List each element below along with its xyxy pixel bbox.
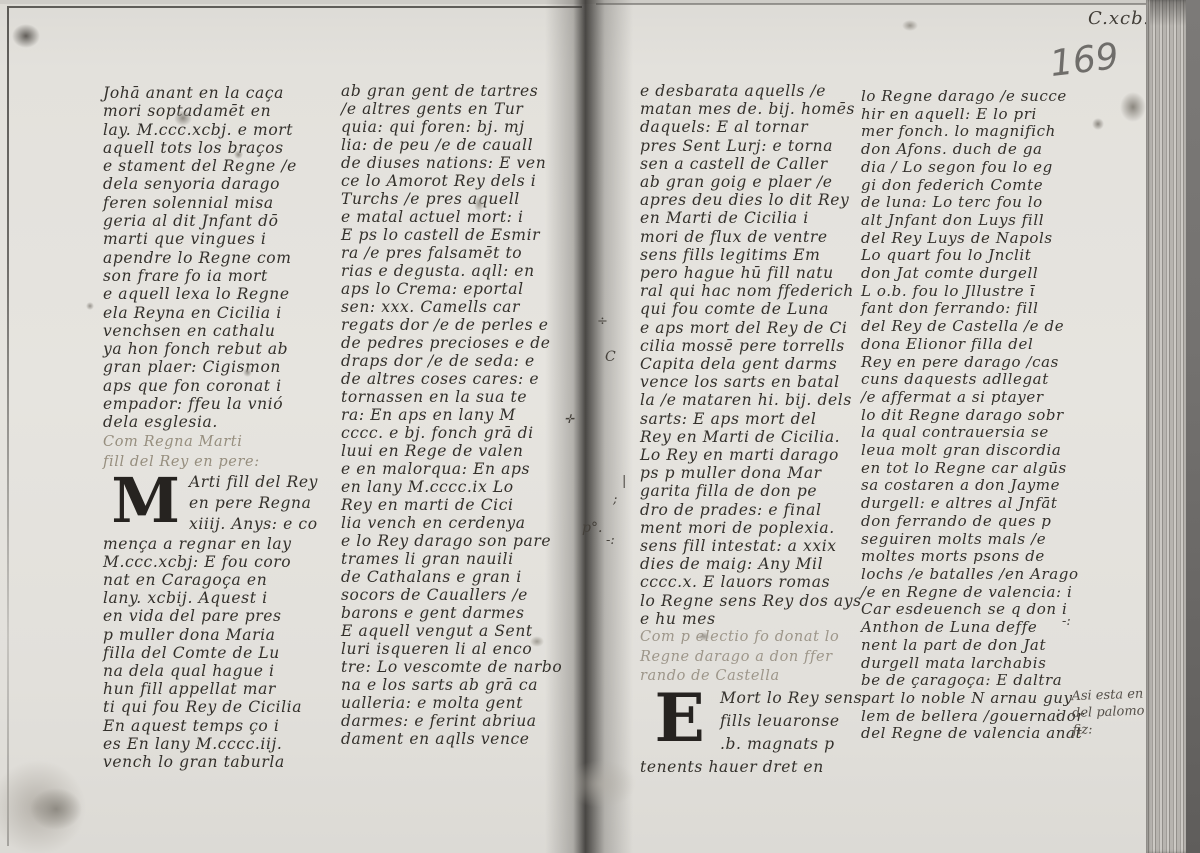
text-line: cuns daquests adllegat: [861, 371, 1109, 389]
illuminated-initial-m: M: [103, 472, 189, 532]
text-line: sa costaren a don Jayme: [861, 477, 1109, 495]
text-line: filla del Comte de Lu: [103, 644, 335, 662]
text-line: feren solennial misa: [103, 194, 335, 212]
text-line: aquell tots los braços: [103, 139, 335, 157]
text-line: dela esglesia.: [103, 413, 335, 431]
column3-top-text: e desbarata aquells /ematan mes de. bij.…: [640, 82, 878, 628]
text-line: de diuses nations: E ven: [341, 154, 569, 172]
text-line: ral qui hac nom ffederich: [640, 282, 878, 300]
text-line: lochs /e batalles /en Arago: [861, 566, 1109, 584]
text-line: tenents hauer dret en: [640, 756, 878, 779]
text-line: mori de flux de ventre: [640, 228, 878, 246]
text-line: mença a regnar en lay: [103, 535, 335, 553]
text-line: ya hon fonch rebut ab: [103, 340, 335, 358]
stain: [0, 760, 86, 853]
text-line: hir en aquell: E lo pri: [861, 106, 1109, 124]
text-line: de Cathalans e gran i: [341, 568, 569, 586]
text-line: dies de maig: Any Mil: [640, 555, 878, 573]
text-line: venchsen en cathalu: [103, 322, 335, 340]
text-line: hun fill appellat mar: [103, 680, 335, 698]
column1-bottom-text: mença a regnar en layM.ccc.xcbj: E fou c…: [103, 535, 335, 772]
text-line: ti qui fou Rey de Cicilia: [103, 698, 335, 716]
text-line: Turchs /e pres aquell: [341, 190, 569, 208]
text-line: Rey en pere darago /cas: [861, 354, 1109, 372]
text-line: del Rey Luys de Napols: [861, 230, 1109, 248]
margin-paragraph-mark: C: [605, 349, 616, 365]
text-line: e hu mes: [640, 610, 878, 628]
text-line: ra: En aps en lany M: [341, 406, 569, 424]
margin-dots-mark: -:: [606, 533, 615, 548]
text-line: aps que fon coronat i: [103, 377, 335, 395]
left-page-column-2: ab gran gent de tartres/e altres gents e…: [341, 82, 569, 748]
text-line: /e affermat a si ptayer: [861, 389, 1109, 407]
text-line: trames li gran nauili: [341, 550, 569, 568]
text-line: ps p muller dona Mar: [640, 464, 878, 482]
margin-bar-mark: |: [622, 474, 626, 489]
text-line: socors de Cauallers /e: [341, 586, 569, 604]
text-line: la qual contrauersia se: [861, 424, 1109, 442]
text-line: mori soptadamēt en: [103, 102, 335, 120]
right-page-column-3: e desbarata aquells /ematan mes de. bij.…: [640, 82, 878, 779]
text-line: ra /e pres falsamēt to: [341, 244, 569, 262]
text-line: fant don ferrando: fill: [861, 300, 1109, 318]
text-line: luui en Rege de valen: [341, 442, 569, 460]
text-line: es En lany M.cccc.iij.: [103, 735, 335, 753]
text-line: e desbarata aquells /e: [640, 82, 878, 100]
text-line: quia: qui foren: bj. mj: [341, 118, 569, 136]
text-line: E ps lo castell de Esmir: [341, 226, 569, 244]
text-line: dia / Lo segon fou lo eg: [861, 159, 1109, 177]
column2-text: ab gran gent de tartres/e altres gents e…: [341, 82, 569, 748]
text-line: geria al dit Jnfant dō: [103, 212, 335, 230]
left-page-edge-line: [7, 6, 9, 846]
ink-stain: [12, 24, 40, 48]
text-line: mer fonch. lo magnifich: [861, 123, 1109, 141]
column3-initial-block: E Mort lo Rey sensfills leuaronse.b. mag…: [640, 687, 878, 779]
text-line: Anthon de Luna deffe: [861, 619, 1109, 637]
text-line: lo Regne darago /e succe: [861, 88, 1109, 106]
text-line: cccc.x. E lauors romas: [640, 573, 878, 591]
text-line: lay. M.ccc.xcbj. e mort: [103, 121, 335, 139]
text-line: barons e gent darmes: [341, 604, 569, 622]
text-line: nat en Caragoça en: [103, 571, 335, 589]
text-line: ela Reyna en Cicilia i: [103, 304, 335, 322]
text-line: M.ccc.xcbj: E fou coro: [103, 553, 335, 571]
text-line: aps lo Crema: eportal: [341, 280, 569, 298]
column3-bottom-text: tenents hauer dret en: [640, 756, 878, 779]
text-line: de altres coses cares: e: [341, 370, 569, 388]
page-number-pencil: 169: [1048, 36, 1121, 85]
text-line: Lo Rey en marti darago: [640, 446, 878, 464]
text-line: ab gran goig e plaer /e: [640, 173, 878, 191]
text-line: don Afons. duch de ga: [861, 141, 1109, 159]
text-line: en tot lo Regne car algūs: [861, 460, 1109, 478]
text-line: dro de prades: e final: [640, 501, 878, 519]
photo-background: Johā anant en la caçamori soptadamēt enl…: [0, 0, 1200, 853]
text-line: ualleria: e molta gent: [341, 694, 569, 712]
text-line: tre: Lo vescomte de narbo: [341, 658, 569, 676]
text-line: vench lo gran taburla: [103, 753, 335, 771]
text-line: Car esdeuench se q don i: [861, 601, 1109, 619]
illuminated-initial-e: E: [640, 687, 720, 753]
text-line: na dela qual hague i: [103, 662, 335, 680]
text-line: luri isqueren li al enco: [341, 640, 569, 658]
text-line: en Marti de Cicilia i: [640, 209, 878, 227]
text-line: Com Regna Marti: [103, 432, 335, 452]
folio-roman-numeral: C.xcb:: [1088, 8, 1151, 29]
chapter-rubric: Com Regna Martifill del Rey en pere:: [103, 432, 335, 472]
text-line: seguiren molts mals /e: [861, 531, 1109, 549]
text-line: apendre lo Regne com: [103, 249, 335, 267]
text-line: pres Sent Lurj: e torna: [640, 137, 878, 155]
text-line: E aquell vengut a Sent: [341, 622, 569, 640]
text-line: matan mes de. bij. homēs: [640, 100, 878, 118]
text-line: lia: de peu /e de cauall: [341, 136, 569, 154]
text-line: Lo quart fou lo Jnclit: [861, 247, 1109, 265]
text-line: ab gran gent de tartres: [341, 82, 569, 100]
text-line: marti que vingues i: [103, 230, 335, 248]
text-line: lia vench en cerdenya: [341, 514, 569, 532]
text-line: en lany M.cccc.ix Lo: [341, 478, 569, 496]
left-page-column-1: Johā anant en la caçamori soptadamēt enl…: [103, 84, 335, 771]
text-line: gran plaer: Cigismon: [103, 358, 335, 376]
text-line: son frare fo ia mort: [103, 267, 335, 285]
text-line: sen a castell de Caller: [640, 155, 878, 173]
text-line: qui fou comte de Luna: [640, 300, 878, 318]
stain: [86, 302, 94, 310]
text-line: lo dit Regne darago sobr: [861, 407, 1109, 425]
text-line: e aps mort del Rey de Ci: [640, 319, 878, 337]
text-line: /e altres gents en Tur: [341, 100, 569, 118]
column1-initial-block: M Arti fill del Reyen pere Regnaxiiij. A…: [103, 472, 335, 772]
text-line: dela senyoria darago: [103, 175, 335, 193]
page-edge-stack: [1146, 0, 1186, 853]
margin-squiggle-mark: ;: [1056, 704, 1060, 719]
text-line: En aquest temps ço i: [103, 717, 335, 735]
text-line: cccc. e bj. fonch grā di: [341, 424, 569, 442]
text-line: garita filla de don pe: [640, 482, 878, 500]
text-line: sens fill intestat: a xxix: [640, 537, 878, 555]
text-line: e en malorqua: En aps: [341, 460, 569, 478]
text-line: leua molt gran discordia: [861, 442, 1109, 460]
text-line: lo Regne sens Rey dos ays: [640, 592, 878, 610]
text-line: draps dor /e de seda: e: [341, 352, 569, 370]
margin-colon-mark: -:: [1062, 614, 1071, 629]
text-line: gi don federich Comte: [861, 177, 1109, 195]
text-line: alt Jnfant don Luys fill: [861, 212, 1109, 230]
left-page-top-border: [7, 6, 582, 8]
stain: [902, 20, 918, 31]
text-line: don Jat comte durgell: [861, 265, 1109, 283]
text-line: de luna: Lo terc fou lo: [861, 194, 1109, 212]
text-line: Capita dela gent darms: [640, 355, 878, 373]
text-line: la /e mataren hi. bij. dels: [640, 391, 878, 409]
text-line: de pedres precioses e de: [341, 334, 569, 352]
text-line: Regne darago a don ffer: [640, 648, 878, 668]
text-line: Johā anant en la caça: [103, 84, 335, 102]
chapter-rubric-faded: Com p electio fo donat loRegne darago a …: [640, 628, 878, 687]
text-line: ment mori de poplexia.: [640, 519, 878, 537]
text-line: Com p electio fo donat lo: [640, 628, 878, 648]
text-line: e matal actuel mort: i: [341, 208, 569, 226]
manuscript-spread: Johā anant en la caçamori soptadamēt enl…: [0, 0, 1186, 853]
text-line: darmes: e ferint abriua: [341, 712, 569, 730]
column1-top-text: Johā anant en la caçamori soptadamēt enl…: [103, 84, 335, 432]
column4-text: lo Regne darago /e succehir en aquell: E…: [861, 88, 1109, 743]
text-line: apres deu dies lo dit Rey: [640, 191, 878, 209]
text-line: vence los sarts en batal: [640, 373, 878, 391]
text-line: Rey en Marti de Cicilia.: [640, 428, 878, 446]
stain: [1120, 92, 1146, 122]
text-line: na e los sarts ab grā ca: [341, 676, 569, 694]
text-line: sen: xxx. Camells car: [341, 298, 569, 316]
text-line: dona Elionor filla del: [861, 336, 1109, 354]
text-line: durgell mata larchabis: [861, 655, 1109, 673]
margin-semicolon-mark: ;: [613, 492, 617, 507]
text-line: del Rey de Castella /e de: [861, 318, 1109, 336]
text-line: tornassen en la sua te: [341, 388, 569, 406]
text-line: empador: ffeu la vnió: [103, 395, 335, 413]
text-line: e lo Rey darago son pare: [341, 532, 569, 550]
text-line: /e en Regne de valencia: i: [861, 584, 1109, 602]
text-line: rando de Castella: [640, 667, 878, 687]
right-page-column-4: lo Regne darago /e succehir en aquell: E…: [861, 88, 1109, 743]
margin-po-mark: p°.: [582, 520, 602, 536]
right-page-top-border: [596, 3, 1156, 5]
text-line: ce lo Amorot Rey dels i: [341, 172, 569, 190]
text-line: dament en aqlls vence: [341, 730, 569, 748]
text-line: cilia mossē pere torrells: [640, 337, 878, 355]
text-line: Rey en marti de Cici: [341, 496, 569, 514]
text-line: pero hague hū fill natu: [640, 264, 878, 282]
text-line: L o.b. fou lo Jllustre ī: [861, 283, 1109, 301]
text-line: durgell: e altres al Jnfāt: [861, 495, 1109, 513]
background-strip: [1186, 0, 1200, 853]
text-line: fill del Rey en pere:: [103, 452, 335, 472]
text-line: regats dor /e de perles e: [341, 316, 569, 334]
text-line: nent la part de don Jat: [861, 637, 1109, 655]
stain: [30, 788, 82, 830]
text-line: rias e degusta. aqll: en: [341, 262, 569, 280]
text-line: en vida del pare pres: [103, 607, 335, 625]
margin-divide-mark: ÷: [597, 314, 608, 329]
text-line: p muller dona Maria: [103, 626, 335, 644]
text-line: sens fills legitims Em: [640, 246, 878, 264]
text-line: e stament del Regne /e: [103, 157, 335, 175]
text-line: lany. xcbij. Aquest i: [103, 589, 335, 607]
text-line: don ferrando de ques p: [861, 513, 1109, 531]
margin-cross-mark: ✛: [564, 412, 574, 426]
text-line: moltes morts psons de: [861, 548, 1109, 566]
text-line: sarts: E aps mort del: [640, 410, 878, 428]
text-line: daquels: E al tornar: [640, 118, 878, 136]
text-line: e aquell lexa lo Regne: [103, 285, 335, 303]
